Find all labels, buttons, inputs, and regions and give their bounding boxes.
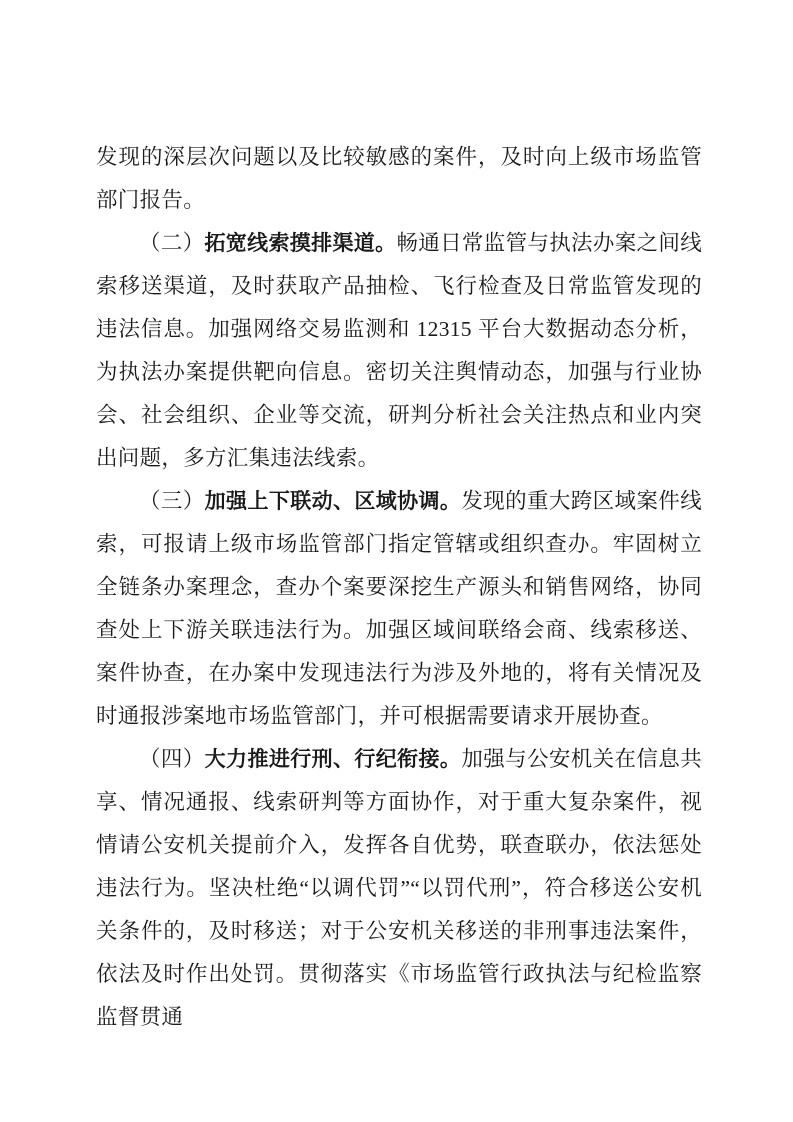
paragraph-heading: 大力推进行刑、行纪衔接。 bbox=[205, 748, 462, 771]
paragraph-body-text: 发现的重大跨区域案件线索，可报请上级市场监管部门指定管辖或组织查办。牢固树立全链… bbox=[96, 489, 702, 728]
paragraph-item-4: （四）大力推进行刑、行纪衔接。加强与公安机关在信息共享、情况通报、线索研判等方面… bbox=[96, 738, 702, 1039]
paragraph-number: （二） bbox=[139, 231, 204, 255]
paragraph-body-text: 发现的深层次问题以及比较敏感的案件，及时向上级市场监管部门报告。 bbox=[96, 145, 702, 212]
paragraph-item-2: （二）拓宽线索摸排渠道。畅通日常监管与执法办案之间线索移送渠道，及时获取产品抽检… bbox=[96, 222, 702, 480]
paragraph-number: （三） bbox=[139, 489, 205, 513]
paragraph-heading: 拓宽线索摸排渠道。 bbox=[204, 232, 396, 255]
paragraph-number: （四） bbox=[139, 747, 205, 771]
document-page: 发现的深层次问题以及比较敏感的案件，及时向上级市场监管部门报告。 （二）拓宽线索… bbox=[0, 0, 793, 1122]
document-content: 发现的深层次问题以及比较敏感的案件，及时向上级市场监管部门报告。 （二）拓宽线索… bbox=[96, 136, 702, 1039]
paragraph-item-3: （三）加强上下联动、区域协调。发现的重大跨区域案件线索，可报请上级市场监管部门指… bbox=[96, 480, 702, 738]
paragraph-body-text: 畅通日常监管与执法办案之间线索移送渠道，及时获取产品抽检、飞行检查及日常监管发现… bbox=[96, 231, 702, 470]
paragraph-body-text: 加强与公安机关在信息共享、情况通报、线索研判等方面协作，对于重大复杂案件，视情请… bbox=[96, 747, 702, 1029]
paragraph-heading: 加强上下联动、区域协调。 bbox=[205, 490, 462, 513]
paragraph-continuation: 发现的深层次问题以及比较敏感的案件，及时向上级市场监管部门报告。 bbox=[96, 136, 702, 222]
